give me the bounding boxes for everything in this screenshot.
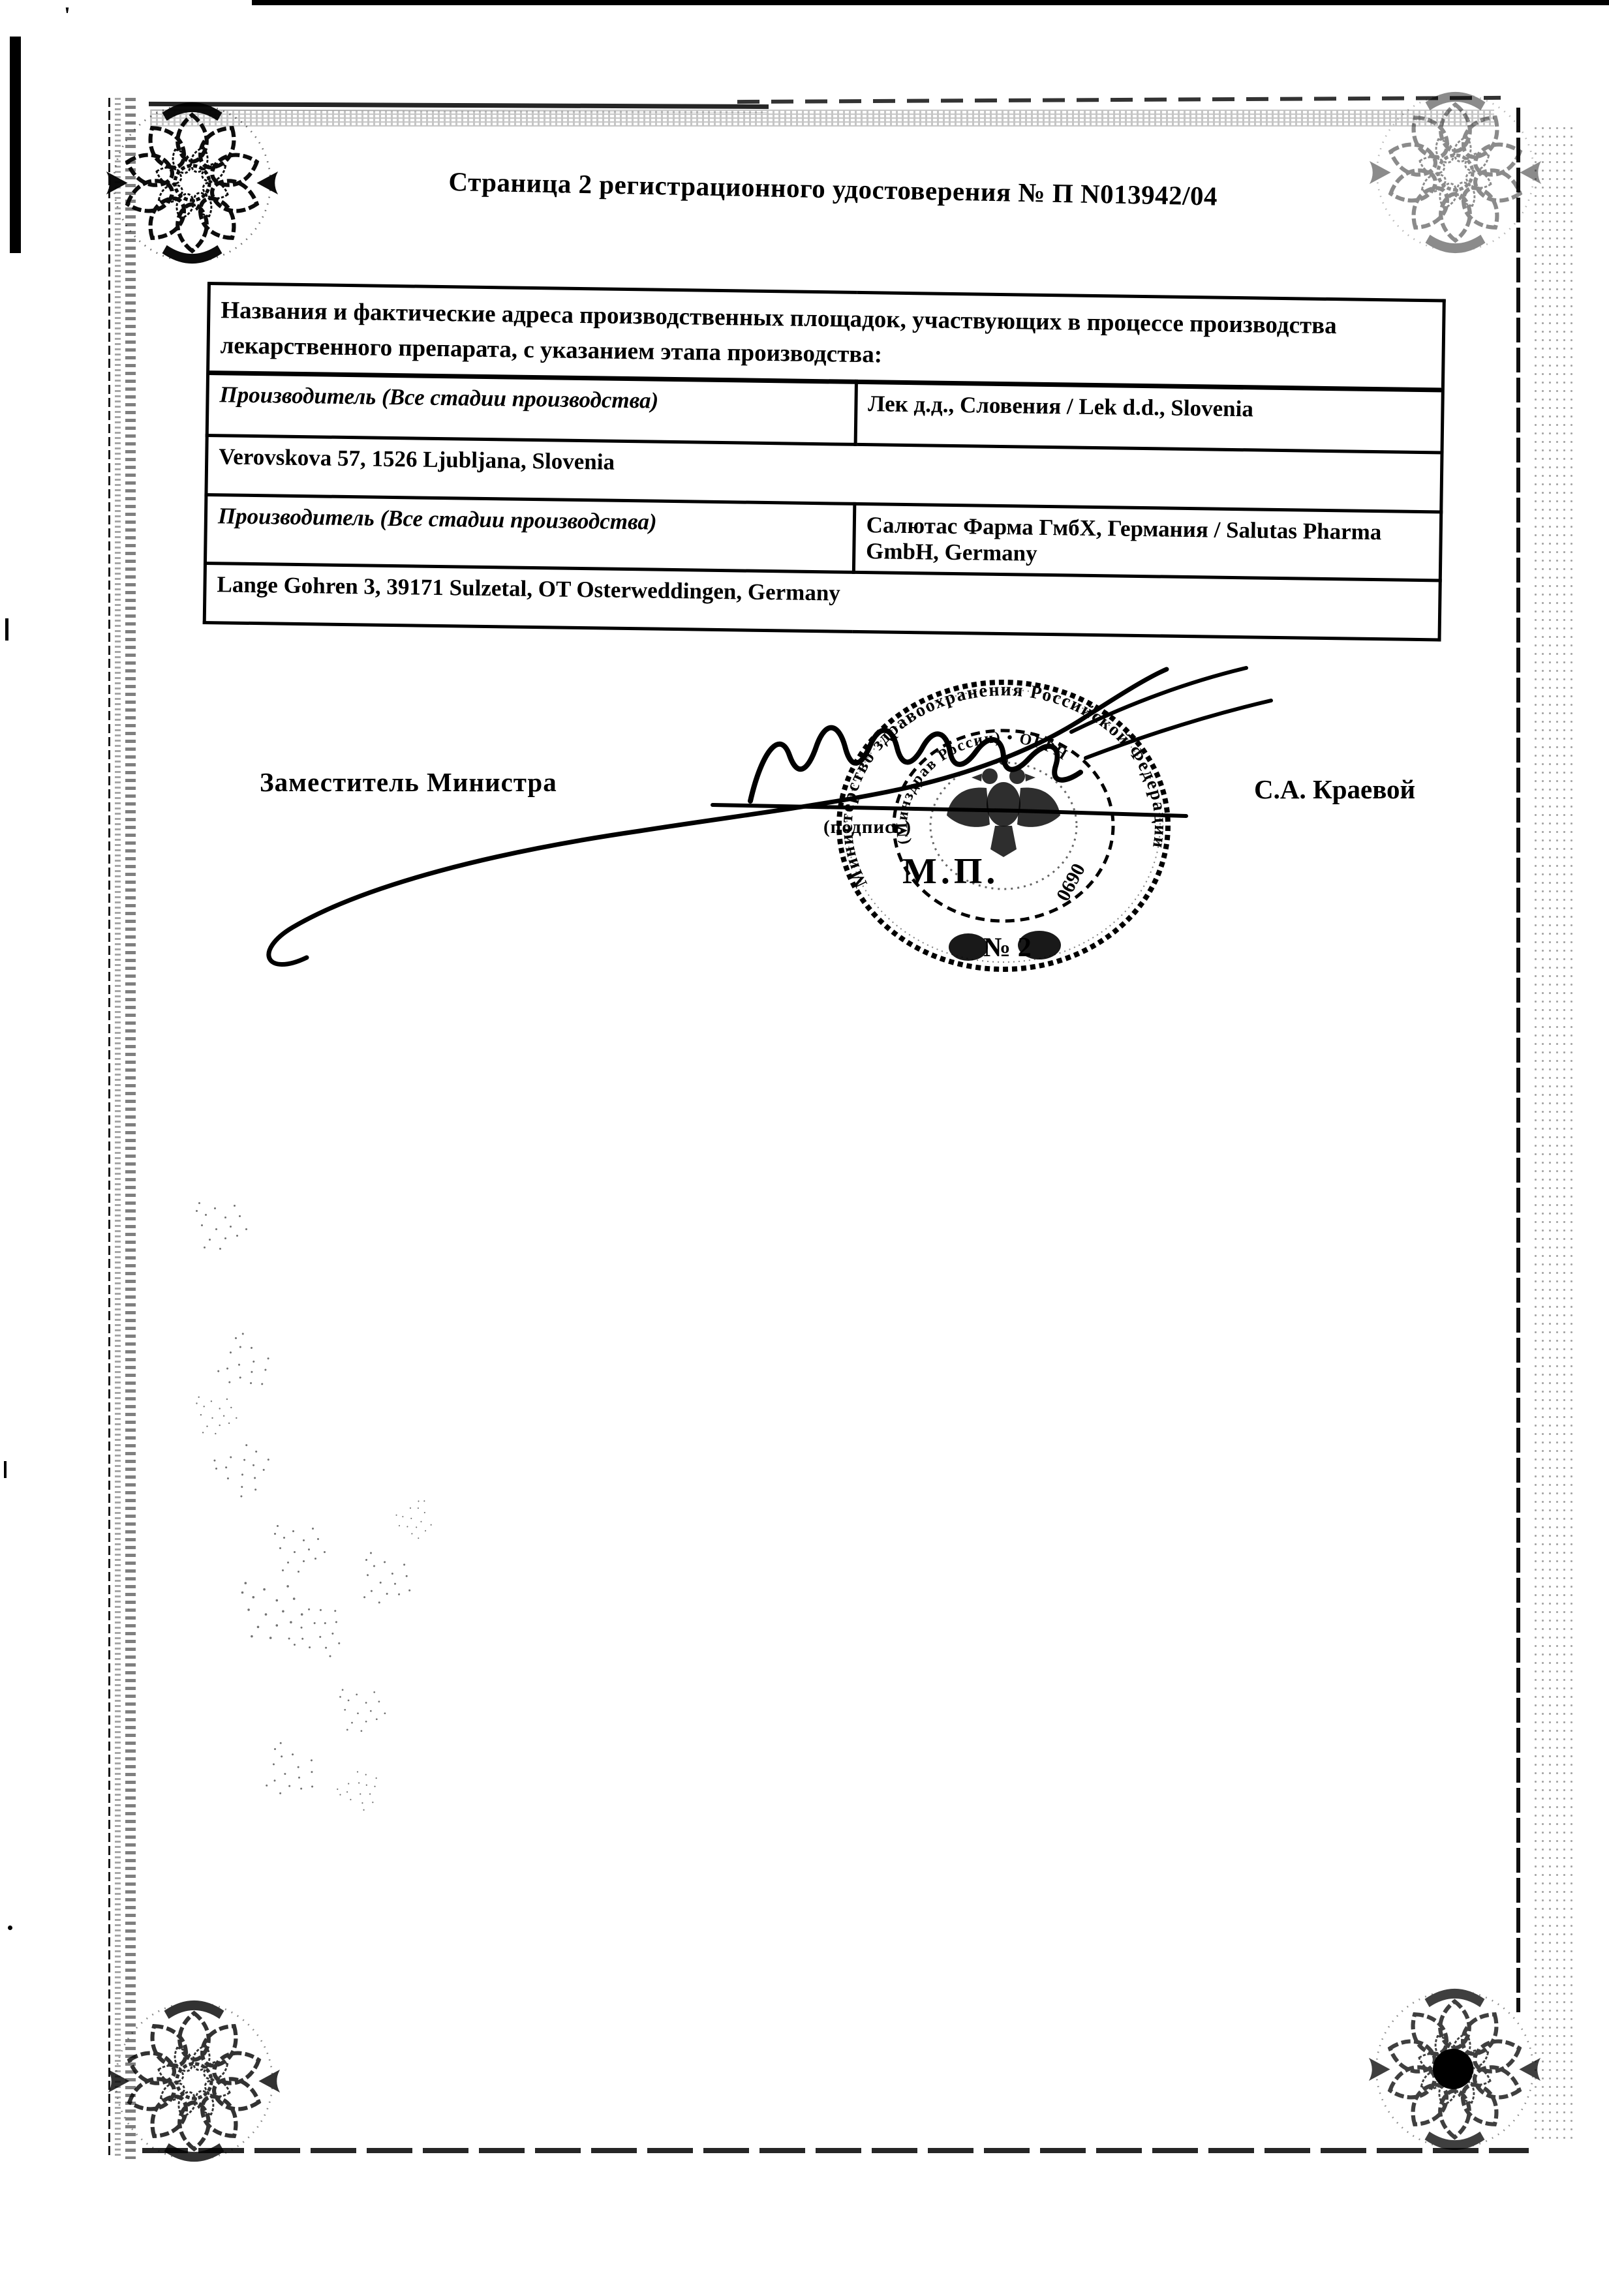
- double-headed-eagle-emblem: [947, 756, 1060, 857]
- signatory-title: Заместитель Министра: [260, 766, 557, 798]
- scan-noise: [274, 1533, 276, 1535]
- stamp-number: № 2: [983, 933, 1032, 963]
- ministry-round-stamp: М.П. Министерство здравоохранения Россий…: [819, 664, 1184, 990]
- scan-edge-tick: [8, 1926, 12, 1930]
- frame-border-right: [1516, 108, 1520, 2012]
- scanned-certificate-page: ' Страница 2 регистрационного удостовере…: [0, 0, 1609, 2296]
- scan-edge-tick: [4, 1461, 7, 1478]
- producer-role-cell-2: Производитель (Все стадии производства): [205, 495, 854, 573]
- frame-border-left: [108, 98, 141, 2159]
- producer-role-cell-1: Производитель (Все стадии производства): [207, 373, 856, 445]
- frame-border-top-noise: [150, 110, 1494, 127]
- scan-noise: [339, 1696, 341, 1698]
- scan-noise: [365, 1559, 368, 1562]
- stamp-inner-ring-text: (Минздрав России) • ОГРН: [894, 729, 1071, 846]
- scan-noise: [234, 1337, 237, 1339]
- scan-noise: [293, 1643, 296, 1646]
- scan-noise: [274, 1748, 277, 1751]
- scan-noise: [215, 1467, 217, 1470]
- producer-name-cell-2: Салютас Фарма ГмбХ, Германия / Salutas P…: [853, 504, 1441, 581]
- signatory-name: С.А. Краевой: [1254, 774, 1415, 805]
- frame-border-right-noise: [1532, 124, 1574, 2139]
- corner-rosette-bottom-left: [108, 1995, 281, 2168]
- scan-noise: [196, 1402, 197, 1404]
- corner-rosette-top-left: [106, 97, 279, 269]
- stamp-number-blobs: № 2: [949, 931, 1061, 963]
- page-title: Страница 2 регистрационного удостоверени…: [448, 166, 1271, 213]
- stamp-ogrn-digits: 0690: [1052, 860, 1090, 904]
- production-sites-table: Названия и фактические адреса производст…: [203, 282, 1446, 642]
- scan-noise: [241, 1592, 244, 1594]
- scan-speck-mark: ': [64, 1, 70, 29]
- hole-punch-dot: [1433, 2049, 1473, 2089]
- table-row: Названия и фактические адреса производст…: [208, 284, 1445, 391]
- scan-noise: [339, 1794, 341, 1796]
- frame-border-bottom: [142, 2148, 1529, 2153]
- corner-rosette-top-right: [1369, 86, 1542, 259]
- scan-noise: [418, 1500, 420, 1502]
- scan-edge-tick: [5, 618, 8, 641]
- scan-left-edge-bar: [10, 37, 21, 253]
- table-header-cell: Названия и фактические адреса производст…: [208, 284, 1445, 391]
- scan-noise: [196, 1210, 198, 1212]
- scan-top-edge-bar: [252, 0, 1609, 5]
- producer-name-cell-1: Лек д.д., Словения / Lek d.d., Slovenia: [855, 382, 1443, 453]
